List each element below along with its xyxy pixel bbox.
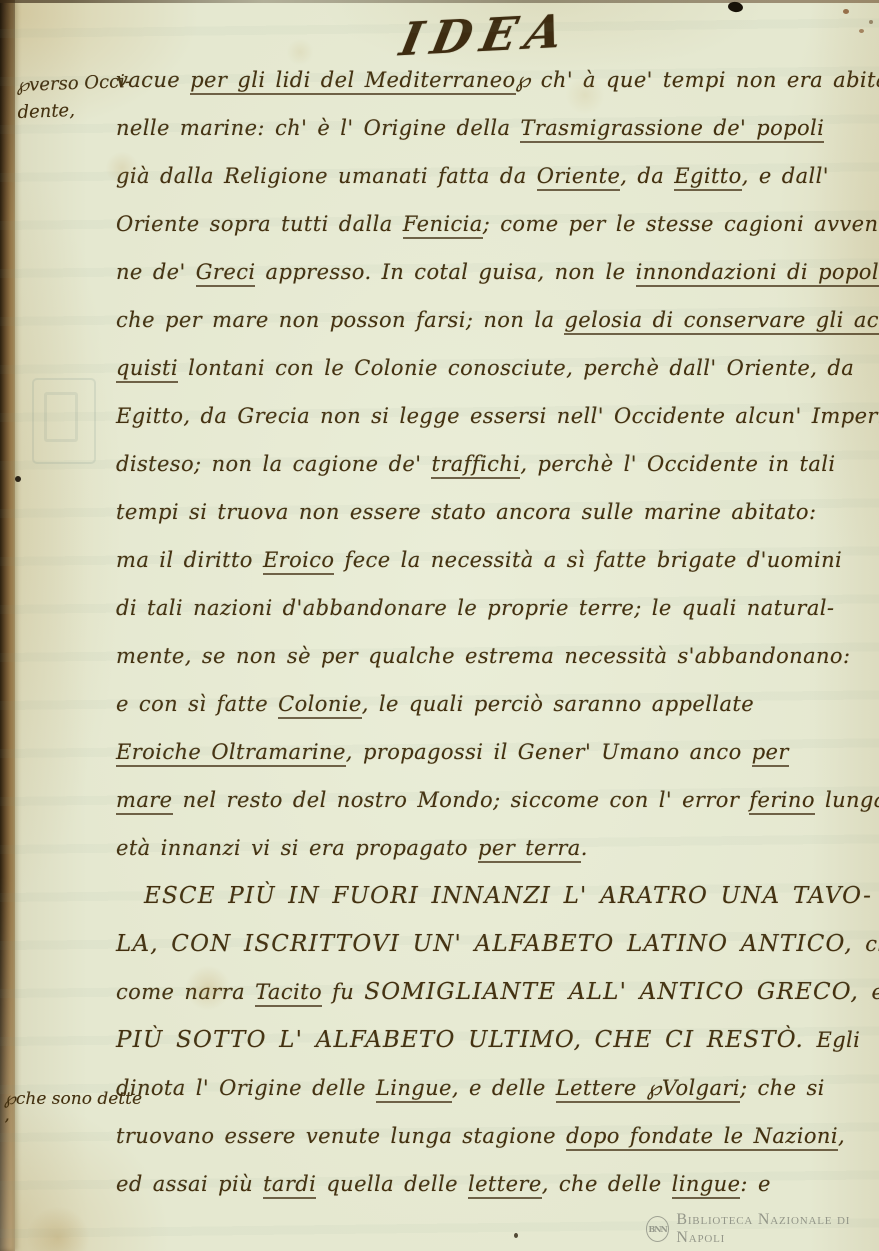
text-segment: che — [865, 932, 879, 956]
text-segment: . — [581, 836, 588, 860]
underlined-text: Fenicia — [403, 212, 483, 239]
manuscript-line: già dalla Religione umanati fatta da Ori… — [116, 152, 869, 200]
manuscript-page: IDEA ℘verso Occi-dente, ℘che sono dette’… — [0, 0, 879, 1251]
bleedthrough-stamp-mark — [32, 378, 96, 464]
manuscript-line: ESCE PIÙ IN FUORI INNANZI L' ARATRO UNA … — [116, 872, 869, 920]
underlined-text: Trasmigrassione de' popoli — [520, 116, 824, 143]
underlined-text: Oriente — [537, 164, 621, 191]
manuscript-line: mare nel resto del nostro Mondo; siccome… — [116, 776, 869, 824]
text-segment: età innanzi vi si era propagato — [116, 836, 478, 860]
underlined-text: mare — [116, 788, 173, 815]
caps-text: PIÙ SOTTO L' ALFABETO ULTIMO, CHE CI RES… — [116, 1027, 816, 1053]
bleedthrough-inner-mark — [44, 392, 78, 442]
text-segment: ℘ ch' à que' tempi non era abitato — [516, 68, 879, 92]
underlined-text: traffichi — [431, 452, 520, 479]
manuscript-line: Egitto, da Grecia non si legge essersi n… — [116, 392, 869, 440]
text-segment: ne de' — [116, 260, 196, 284]
underlined-text: Lettere ℘Volgari — [556, 1076, 740, 1103]
text-segment: quella delle — [316, 1172, 468, 1196]
text-segment: tempi si truova non essere stato ancora … — [116, 500, 816, 524]
underlined-text: Eroico — [263, 548, 335, 575]
text-segment: : e — [740, 1172, 770, 1196]
text-segment: , e delle — [452, 1076, 556, 1100]
page-top-edge — [0, 0, 879, 3]
text-segment: appresso. In cotal guisa, non le — [255, 260, 635, 284]
manuscript-line: ne de' Greci appresso. In cotal guisa, n… — [116, 248, 869, 296]
manuscript-line: come narra Tacito fu SOMIGLIANTE ALL' AN… — [116, 968, 869, 1016]
text-segment: , propagossi il Gener' Umano anco — [346, 740, 752, 764]
underlined-text: per gli lidi del Mediterraneo — [190, 68, 515, 95]
underlined-text: Eroiche Oltramarine — [116, 740, 346, 767]
text-segment: fu — [322, 980, 364, 1004]
underlined-text: Lingue — [376, 1076, 452, 1103]
library-monogram-icon: BNN — [646, 1216, 669, 1242]
text-segment: , da — [620, 164, 674, 188]
underlined-text: quisti — [116, 356, 178, 383]
text-segment: lunga — [815, 788, 879, 812]
manuscript-line: truovano essere venute lunga stagione do… — [116, 1112, 869, 1160]
text-segment: , le quali perciò saranno appellate — [362, 692, 754, 716]
text-segment: Egli — [816, 1028, 860, 1052]
text-segment: Oriente sopra tutti dalla — [116, 212, 403, 236]
text-segment: e — [872, 980, 879, 1004]
text-segment: fece la necessità a sì fatte brigate d'u… — [334, 548, 842, 572]
text-segment: ; come per le stesse cagioni avven — [483, 212, 879, 236]
text-segment: già dalla Religione umanati fatta da — [116, 164, 537, 188]
margin-note-verso-occidente: ℘verso Occi-dente, — [16, 68, 132, 126]
manuscript-line: quisti lontani con le Colonie conosciute… — [116, 344, 869, 392]
text-segment: vacue — [116, 68, 190, 92]
text-segment: ed assai più — [116, 1172, 263, 1196]
text-segment: nelle marine: ch' è l' Origine della — [116, 116, 520, 140]
foxing-spot — [859, 29, 864, 33]
foxing-spot — [869, 20, 873, 24]
underlined-text: Tacito — [255, 980, 322, 1007]
manuscript-text: vacue per gli lidi del Mediterraneo℘ ch'… — [116, 56, 869, 1208]
underlined-text: per terra — [478, 836, 581, 863]
text-segment: lontani con le Colonie conosciute, perch… — [178, 356, 854, 380]
text-segment: Egitto, da Grecia non si legge essersi n… — [116, 404, 879, 428]
caps-text: ESCE PIÙ IN FUORI INNANZI L' ARATRO UNA … — [144, 883, 872, 909]
underlined-text: lettere — [468, 1172, 542, 1199]
ink-dot — [514, 1233, 518, 1238]
text-segment: dinota l' Origine delle — [116, 1076, 376, 1100]
manuscript-line: ed assai più tardi quella delle lettere,… — [116, 1160, 869, 1208]
manuscript-line: nelle marine: ch' è l' Origine della Tra… — [116, 104, 869, 152]
underlined-text: per — [752, 740, 789, 767]
text-segment: truovano essere venute lunga stagione — [116, 1124, 566, 1148]
underlined-text: lingue — [672, 1172, 741, 1199]
manuscript-line: mente, se non sè per qualche estrema nec… — [116, 632, 869, 680]
manuscript-line: e con sì fatte Colonie, le quali perciò … — [116, 680, 869, 728]
underlined-text: Colonie — [278, 692, 362, 719]
monogram-letters: BNN — [648, 1224, 666, 1234]
text-segment: , perchè l' Occidente in tali — [520, 452, 835, 476]
manuscript-line: PIÙ SOTTO L' ALFABETO ULTIMO, CHE CI RES… — [116, 1016, 869, 1064]
manuscript-line: Oriente sopra tutti dalla Fenicia; come … — [116, 200, 869, 248]
manuscript-line: Eroiche Oltramarine, propagossi il Gener… — [116, 728, 869, 776]
text-segment: come narra — [116, 980, 255, 1004]
underlined-text: dopo fondate le Nazioni — [566, 1124, 838, 1151]
underlined-text: innondazioni di popoli — [636, 260, 879, 287]
book-binding-edge — [0, 0, 15, 1251]
text-segment: ma il diritto — [116, 548, 263, 572]
text-segment: di tali nazioni d'abbandonare le proprie… — [116, 596, 834, 620]
underlined-text: Egitto — [674, 164, 741, 191]
underlined-text: tardi — [263, 1172, 316, 1199]
text-segment: ; che si — [740, 1076, 825, 1100]
text-segment: e con sì fatte — [116, 692, 278, 716]
manuscript-line: LA, CON ISCRITTOVI UN' ALFABETO LATINO A… — [116, 920, 869, 968]
text-segment: , che delle — [542, 1172, 672, 1196]
text-segment: mente, se non sè per qualche estrema nec… — [116, 644, 850, 668]
text-segment: nel resto del nostro Mondo; siccome con … — [173, 788, 750, 812]
underlined-text: ferino — [749, 788, 815, 815]
ink-dot — [15, 476, 21, 482]
caps-text: LA, CON ISCRITTOVI UN' ALFABETO LATINO A… — [116, 931, 865, 957]
margin-note-line: ℘verso Occi- — [16, 68, 131, 99]
manuscript-line: dinota l' Origine delle Lingue, e delle … — [116, 1064, 869, 1112]
library-name: Biblioteca Nazionale di Napoli — [676, 1211, 879, 1247]
manuscript-line: vacue per gli lidi del Mediterraneo℘ ch'… — [116, 56, 869, 104]
foxing-spot — [843, 9, 849, 14]
manuscript-line: disteso; non la cagione de' traffichi, p… — [116, 440, 869, 488]
manuscript-line: che per mare non posson farsi; non la ge… — [116, 296, 869, 344]
manuscript-line: tempi si truova non essere stato ancora … — [116, 488, 869, 536]
underlined-text: gelosia di conservare gli ac- — [564, 308, 879, 335]
text-segment: , e dall' — [742, 164, 829, 188]
text-segment: disteso; non la cagione de' — [116, 452, 431, 476]
underlined-text: Greci — [196, 260, 256, 287]
library-watermark: BNN Biblioteca Nazionale di Napoli — [646, 1211, 879, 1247]
caps-text: SOMIGLIANTE ALL' ANTICO GRECO, — [364, 979, 871, 1005]
manuscript-line: ma il diritto Eroico fece la necessità a… — [116, 536, 869, 584]
text-segment: che per mare non posson farsi; non la — [116, 308, 564, 332]
text-segment: , — [838, 1124, 845, 1148]
manuscript-line: di tali nazioni d'abbandonare le proprie… — [116, 584, 869, 632]
manuscript-line: età innanzi vi si era propagato per terr… — [116, 824, 869, 872]
